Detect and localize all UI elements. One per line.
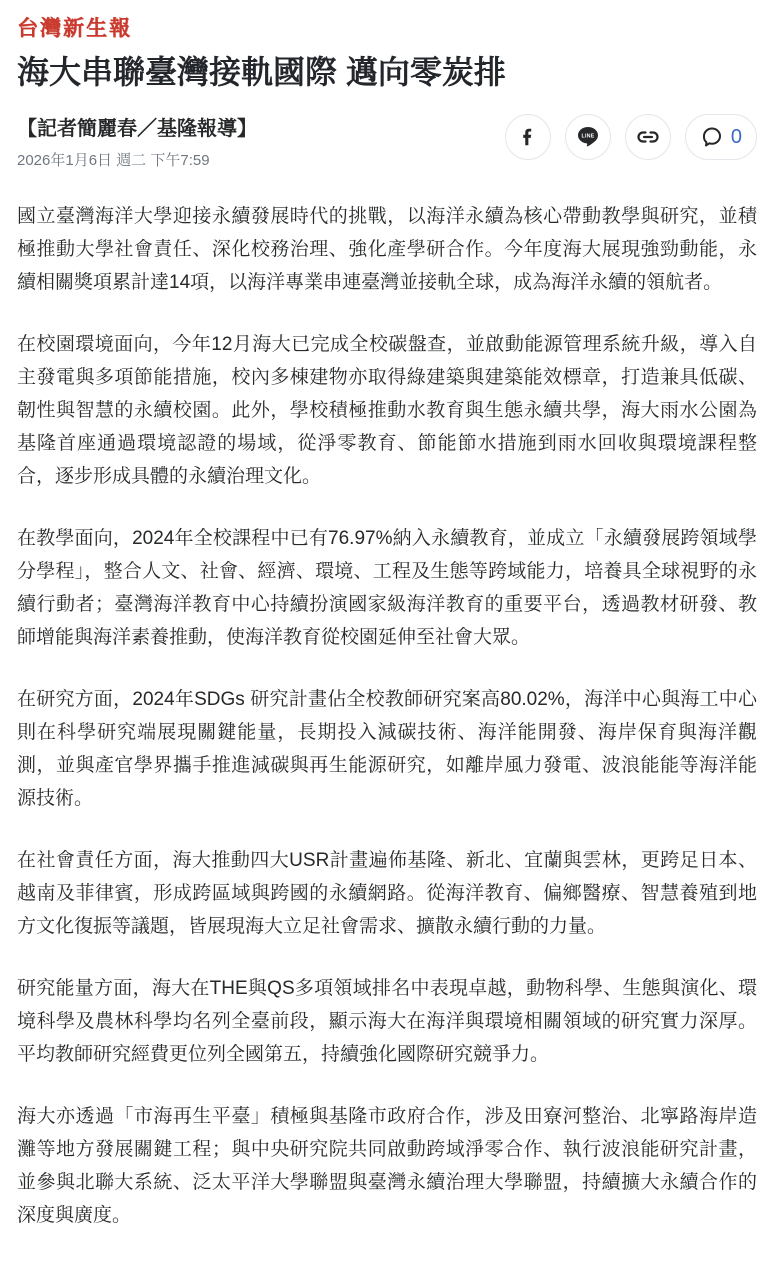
- link-icon: [636, 125, 660, 149]
- paragraph-3: 在教學面向，2024年全校課程中已有76.97%納入永續教育，並成立「永續發展跨…: [17, 522, 757, 654]
- article-body: 國立臺灣海洋大學迎接永續發展時代的挑戰，以海洋永續為核心帶動教學與研究，並積極推…: [17, 200, 757, 1232]
- comment-count: 0: [731, 127, 742, 147]
- paragraph-2: 在校園環境面向，今年12月海大已完成全校碳盤查，並啟動能源管理系統升級，導入自主…: [17, 328, 757, 493]
- line-share-button[interactable]: LINE: [565, 114, 611, 160]
- line-icon: LINE: [575, 124, 601, 150]
- copy-link-button[interactable]: [625, 114, 671, 160]
- byline: 【記者簡麗春／基隆報導】: [17, 112, 257, 141]
- paragraph-7: 海大亦透過「市海再生平臺」積極與基隆市政府合作，涉及田寮河整治、北寧路海岸造灘等…: [17, 1100, 757, 1232]
- publisher-logo[interactable]: 台灣新生報: [17, 12, 132, 42]
- paragraph-1: 國立臺灣海洋大學迎接永續發展時代的挑戰，以海洋永續為核心帶動教學與研究，並積極推…: [17, 200, 757, 299]
- paragraph-4: 在研究方面，2024年SDGs 研究計畫佔全校教師研究案高80.02%，海洋中心…: [17, 683, 757, 815]
- article-page: 台灣新生報 海大串聯臺灣接軌國際 邁向零炭排 【記者簡麗春／基隆報導】 2026…: [0, 0, 774, 1232]
- paragraph-6: 研究能量方面，海大在THE與QS多項領域排名中表現卓越，動物科學、生態與演化、環…: [17, 972, 757, 1071]
- share-buttons: LINE 0: [505, 112, 757, 160]
- svg-text:LINE: LINE: [581, 133, 594, 139]
- facebook-icon: [517, 126, 539, 148]
- article-meta: 【記者簡麗春／基隆報導】 2026年1月6日 週二 下午7:59 LINE: [17, 112, 757, 170]
- facebook-share-button[interactable]: [505, 114, 551, 160]
- article-title: 海大串聯臺灣接軌國際 邁向零炭排: [17, 52, 757, 94]
- comments-button[interactable]: 0: [685, 114, 757, 160]
- paragraph-5: 在社會責任方面，海大推動四大USR計畫遍佈基隆、新北、宜蘭與雲林，更跨足日本、越…: [17, 844, 757, 943]
- comment-icon: [700, 125, 724, 149]
- publish-date: 2026年1月6日 週二 下午7:59: [17, 149, 257, 170]
- byline-block: 【記者簡麗春／基隆報導】 2026年1月6日 週二 下午7:59: [17, 112, 257, 170]
